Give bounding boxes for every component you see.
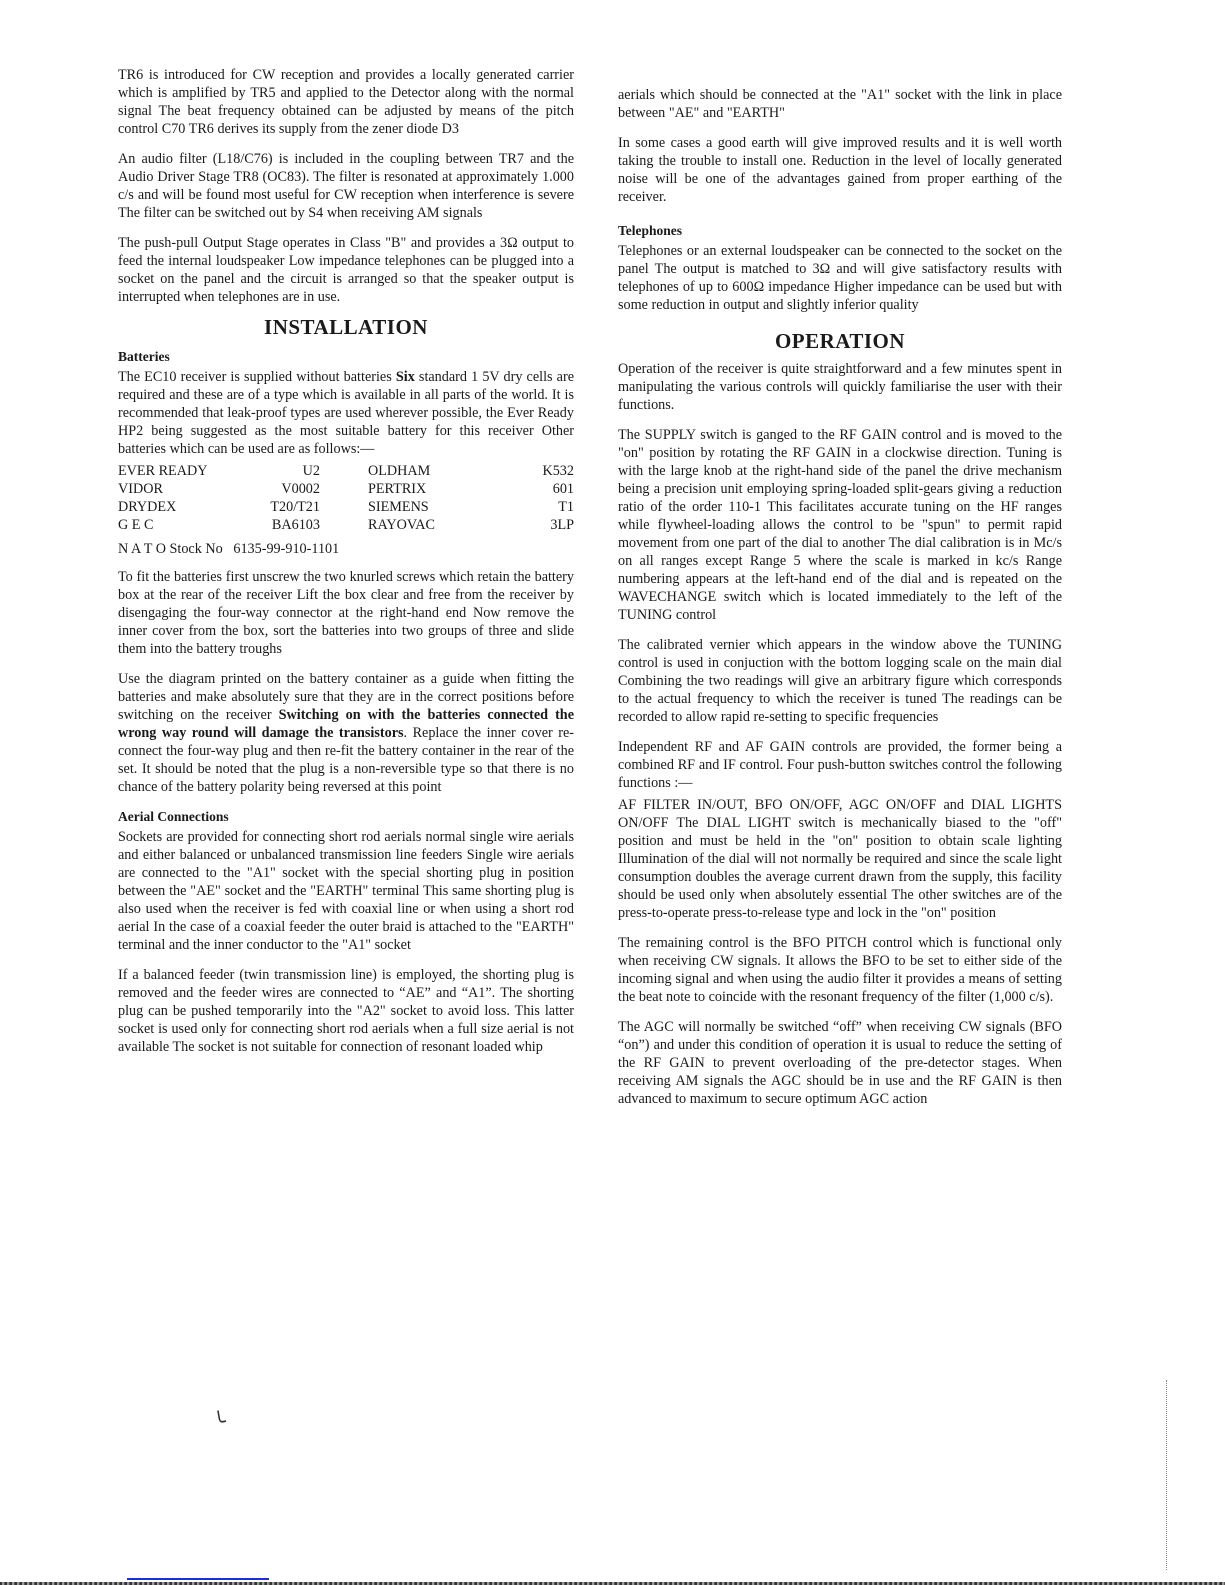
table-row: VIDOR V0002 PERTRIX 601 (118, 480, 574, 498)
nato-value: 6135-99-910-1101 (233, 541, 339, 557)
subheading-telephones: Telephones (618, 222, 1062, 240)
paragraph-agc: The AGC will normally be switched “off” … (618, 1018, 1062, 1108)
paragraph-supply-tuning: The SUPPLY switch is ganged to the RF GA… (618, 426, 1062, 624)
nato-stock-number: N A T O Stock No 6135-99-910-1101 (118, 540, 574, 558)
battery-equivalents-table: EVER READY U2 OLDHAM K532 VIDOR V0002 PE… (118, 462, 574, 534)
section-title-operation: OPERATION (618, 332, 1062, 350)
paragraph-battery-warning: Use the diagram printed on the battery c… (118, 670, 574, 796)
paragraph-telephones: Telephones or an external loudspeaker ca… (618, 242, 1062, 314)
scan-blue-line (127, 1578, 269, 1580)
paragraph-operation-intro: Operation of the receiver is quite strai… (618, 360, 1062, 414)
table-row: G E C BA6103 RAYOVAC 3LP (118, 516, 574, 534)
paragraph-push-buttons: AF FILTER IN/OUT, BFO ON/OFF, AGC ON/OFF… (618, 796, 1062, 922)
paragraph-fitting-batteries: To fit the batteries first unscrew the t… (118, 568, 574, 658)
subheading-aerial-connections: Aerial Connections (118, 808, 574, 826)
page-edge-mark (1166, 1380, 1168, 1570)
table-row: DRYDEX T20/T21 SIEMENS T1 (118, 498, 574, 516)
paragraph-vernier: The calibrated vernier which appears in … (618, 636, 1062, 726)
subheading-batteries: Batteries (118, 348, 574, 366)
nato-label: N A T O Stock No (118, 541, 223, 557)
right-column: aerials which should be connected at the… (618, 0, 1062, 1120)
paragraph-tr6-bfo: TR6 is introduced for CW reception and p… (118, 66, 574, 138)
paragraph-aerial-continued: aerials which should be connected at the… (618, 86, 1062, 122)
paragraph-batteries-intro: The EC10 receiver is supplied without ba… (118, 368, 574, 458)
paragraph-gain-controls: Independent RF and AF GAIN controls are … (618, 738, 1062, 792)
paragraph-bfo-pitch: The remaining control is the BFO PITCH c… (618, 934, 1062, 1006)
paragraph-output-stage: The push-pull Output Stage operates in C… (118, 234, 574, 306)
scan-mark: ╰ (212, 1409, 228, 1436)
paragraph-balanced-feeder: If a balanced feeder (twin transmission … (118, 966, 574, 1056)
paragraph-aerial-sockets: Sockets are provided for connecting shor… (118, 828, 574, 954)
section-title-installation: INSTALLATION (118, 318, 574, 336)
paragraph-earthing: In some cases a good earth will give imp… (618, 134, 1062, 206)
table-row: EVER READY U2 OLDHAM K532 (118, 462, 574, 480)
paragraph-audio-filter: An audio filter (L18/C76) is included in… (118, 150, 574, 222)
left-column: TR6 is introduced for CW reception and p… (118, 0, 574, 1068)
